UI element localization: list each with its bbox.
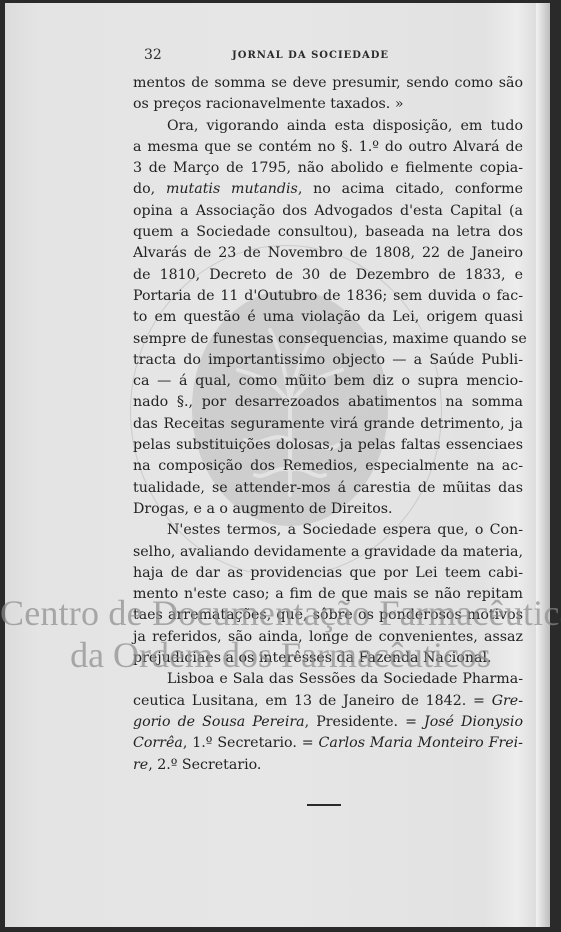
italic-phrase: Gre- bbox=[492, 693, 523, 709]
watermark-line-2: da Ordem dos Farmacêuticos bbox=[0, 634, 561, 676]
text-line: de 1810, Decreto de 30 de Dezembro de 18… bbox=[133, 265, 523, 286]
page-fore-edge bbox=[536, 3, 550, 927]
text-line: re, 2.º Secretario. bbox=[133, 755, 523, 776]
text-line: mentos de somma se deve presumir, sendo … bbox=[133, 73, 523, 94]
text-line: na composição dos Remedios, especialment… bbox=[133, 456, 523, 477]
text-line: nado §., por desarrezoados abatimentos n… bbox=[133, 392, 523, 413]
watermark-line-1: Centro de Documentação Farmacêutica bbox=[0, 592, 561, 634]
running-header: 32 JORNAL DA SOCIEDADE bbox=[140, 50, 520, 66]
text-line: quem a Sociedade consultou), baseada na … bbox=[133, 222, 523, 243]
text-run: , no acima citado, conforme bbox=[298, 181, 523, 197]
text-line: to em questão é uma violação da Lei, ori… bbox=[133, 307, 523, 328]
italic-phrase: mutatis mutandis bbox=[166, 181, 298, 197]
text-run: do, bbox=[133, 181, 166, 197]
text-line: Alvarás de 23 de Novembro de 1808, 22 de… bbox=[133, 243, 523, 264]
italic-phrase: Carlos Maria Monteiro Frei- bbox=[319, 735, 523, 751]
running-title: JORNAL DA SOCIEDADE bbox=[232, 50, 389, 61]
text-run: , 2.º Secretario. bbox=[148, 757, 261, 773]
text-line: ca — á qual, como mũito bem diz o supra … bbox=[133, 371, 523, 392]
text-line: ceutica Lusitana, em 13 de Janeiro de 18… bbox=[133, 691, 523, 712]
end-rule-divider bbox=[307, 804, 341, 806]
text-run: ceutica Lusitana, em 13 de Janeiro de 18… bbox=[133, 693, 492, 709]
italic-phrase: gorio de Sousa Pereira bbox=[133, 714, 305, 730]
text-line: das Receitas seguramente virá grande det… bbox=[133, 414, 523, 435]
paragraph-start-line: N'estes termos, a Sociedade espera que, … bbox=[133, 520, 523, 541]
page-number: 32 bbox=[144, 47, 162, 63]
text-line: selho, avaliando devidamente a gravidade… bbox=[133, 542, 523, 563]
text-line: a mesma que se contém no §. 1.º do outro… bbox=[133, 137, 523, 158]
text-line: tracta do importantissimo objecto — a Sa… bbox=[133, 350, 523, 371]
scanned-page-view: 32 JORNAL DA SOCIEDADE mentos de somma s… bbox=[0, 0, 561, 932]
text-line: tualidade, se attender-mos á carestia de… bbox=[133, 478, 523, 499]
italic-phrase: José Dionysio bbox=[424, 714, 523, 730]
text-line: pelas substituições dolosas, ja pelas fa… bbox=[133, 435, 523, 456]
paragraph-start-line: Ora, vigorando ainda esta disposição, em… bbox=[133, 116, 523, 137]
text-line: do, mutatis mutandis, no acima citado, c… bbox=[133, 179, 523, 200]
italic-phrase: Corrêa bbox=[133, 735, 183, 751]
text-run: , 1.º Secretario. = bbox=[183, 735, 319, 751]
text-line: opina a Associação dos Advogados d'esta … bbox=[133, 201, 523, 222]
text-line: gorio de Sousa Pereira, Presidente. = Jo… bbox=[133, 712, 523, 733]
text-line: os preços racionavelmente taxados. » bbox=[133, 94, 523, 115]
italic-phrase: re bbox=[133, 757, 148, 773]
text-line: haja de dar as providencias que por Lei … bbox=[133, 563, 523, 584]
text-line: Portaria de 11 d'Outubro de 1836; sem du… bbox=[133, 286, 523, 307]
text-line: Corrêa, 1.º Secretario. = Carlos Maria M… bbox=[133, 733, 523, 754]
text-run: , Presidente. = bbox=[305, 714, 424, 730]
text-line: sempre de funestas consequencias, maxime… bbox=[133, 329, 523, 350]
text-line: 3 de Março de 1795, não abolido e fielme… bbox=[133, 158, 523, 179]
text-line: Drogas, e a o augmento de Direitos. bbox=[133, 499, 523, 520]
